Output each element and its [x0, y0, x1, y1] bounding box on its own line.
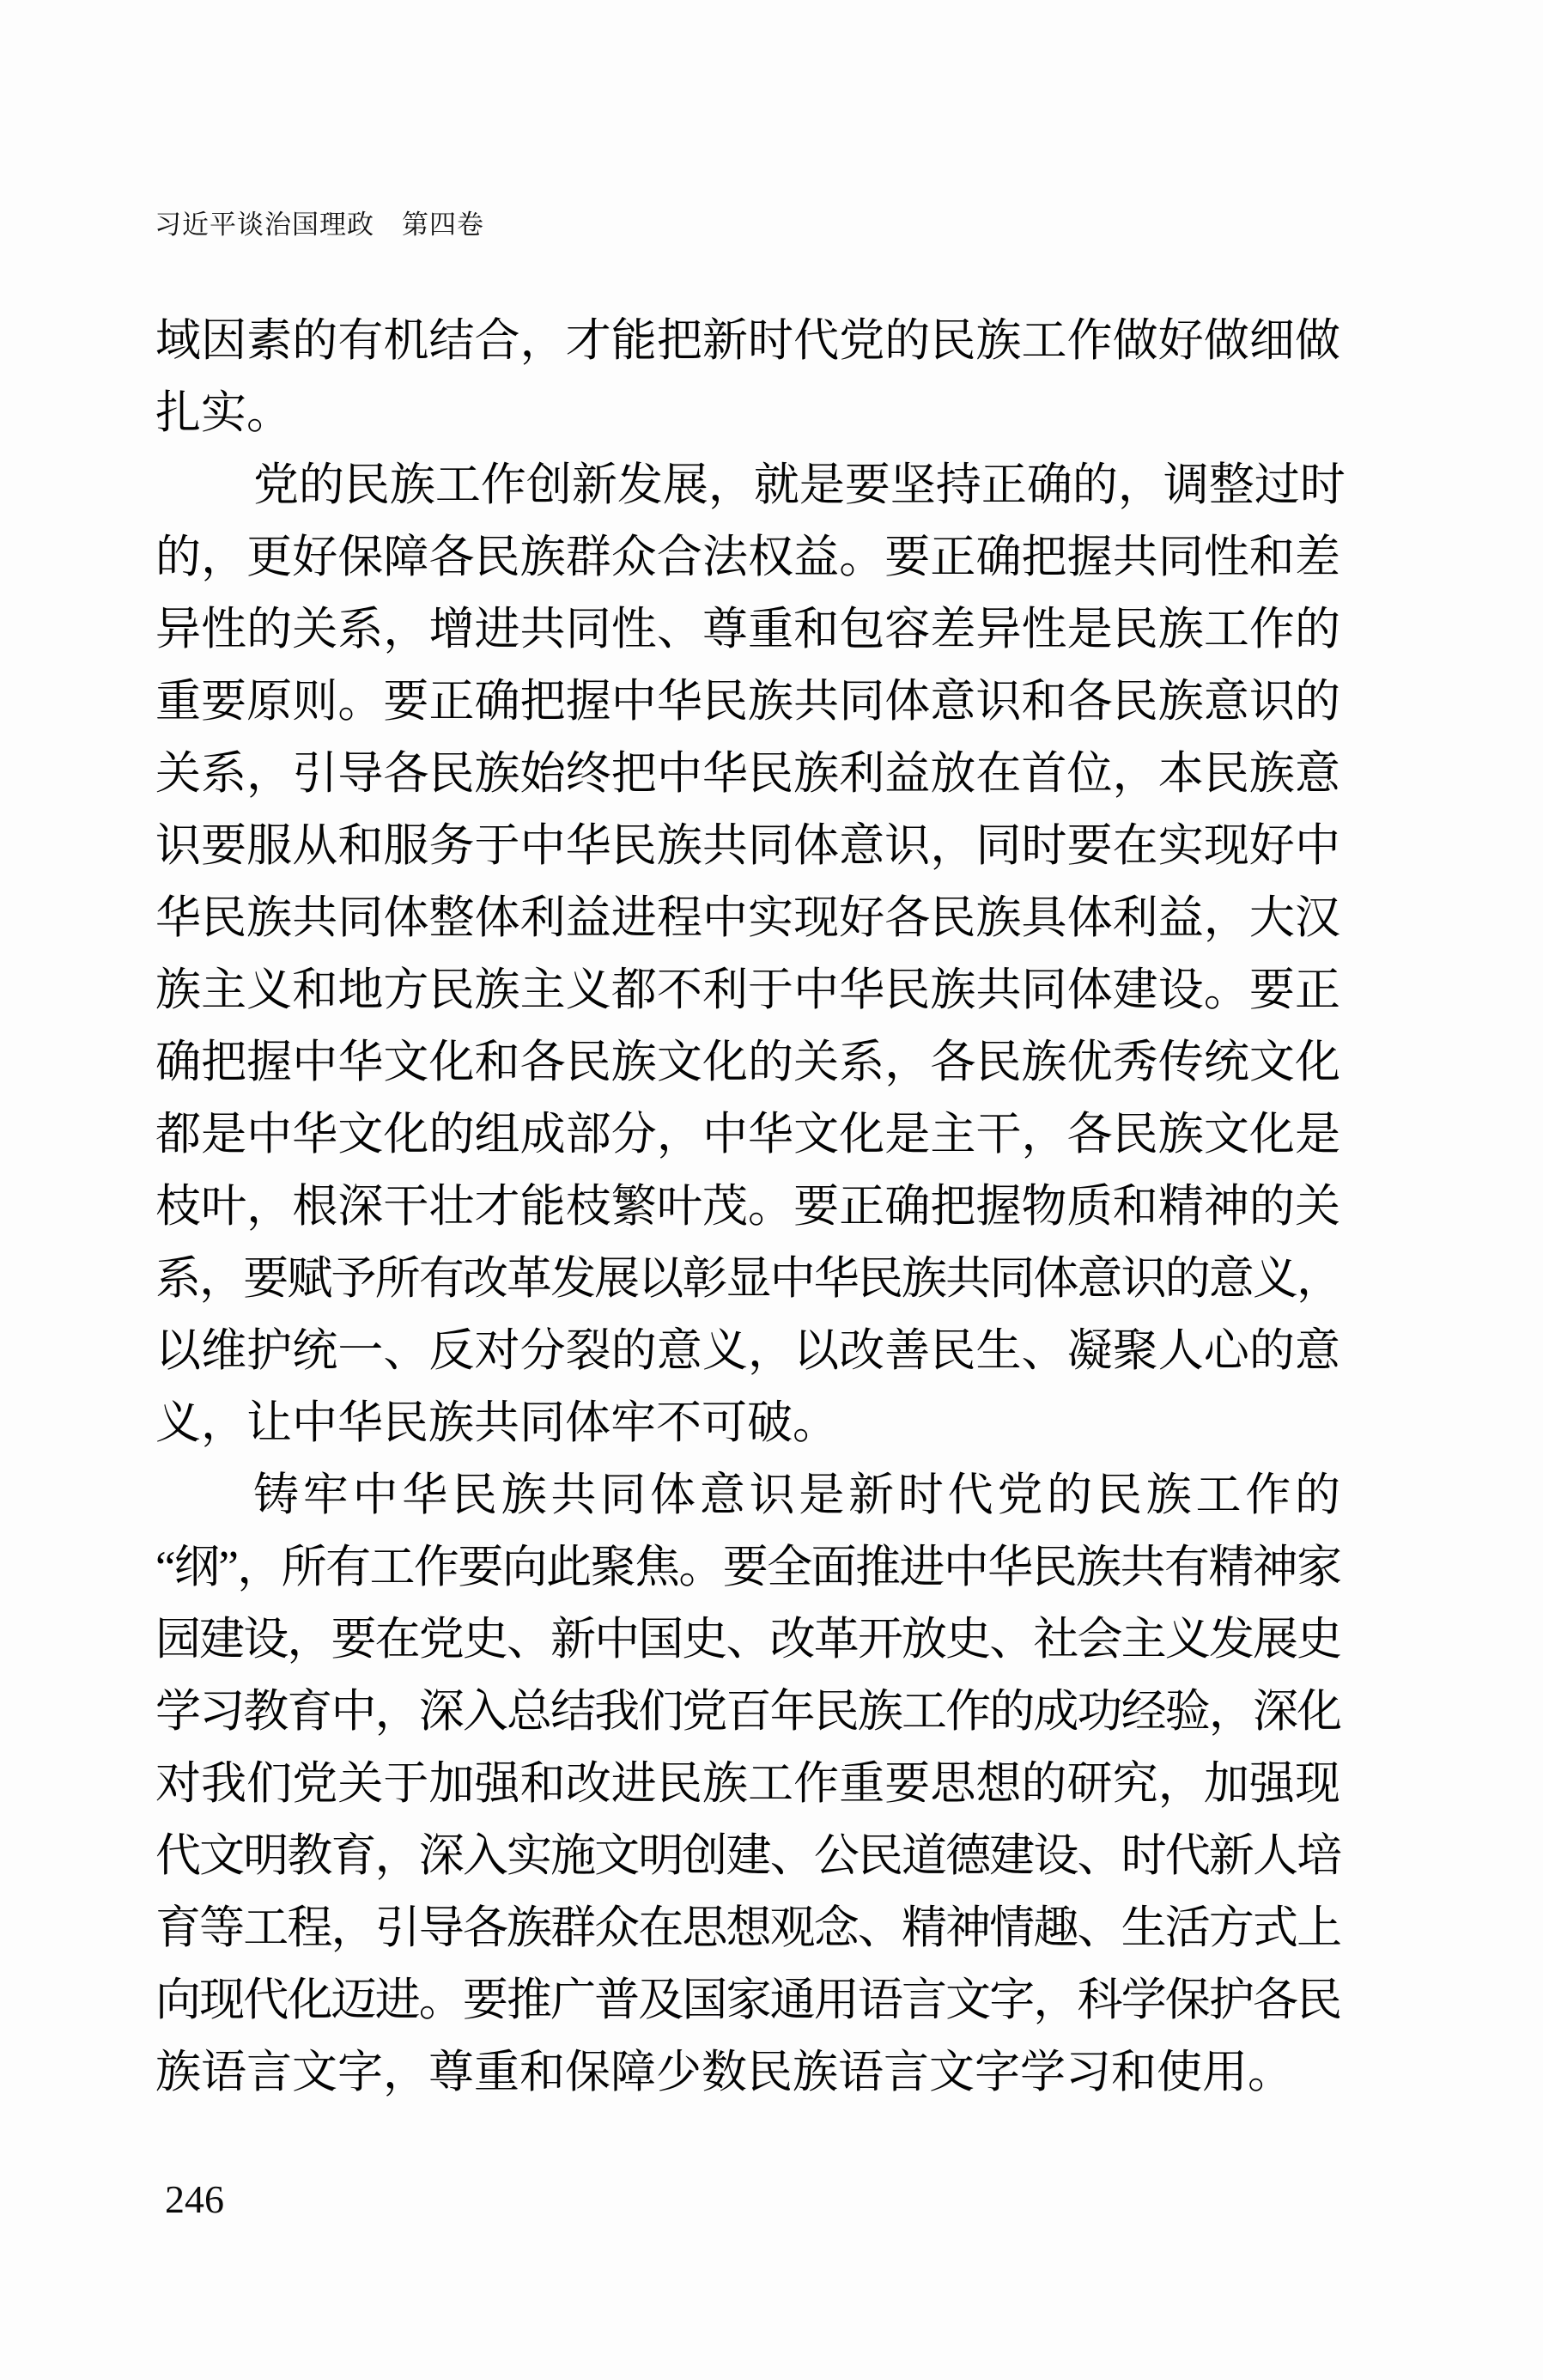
text-line: 域因素的有机结合，才能把新时代党的民族工作做好做细做 [155, 305, 1340, 377]
text-line: 向现代化迈进。要推广普及国家通用语言文字，科学保护各民 [155, 1964, 1340, 2036]
text-line: 以维护统一、反对分裂的意义，以改善民生、凝聚人心的意 [155, 1315, 1340, 1387]
text-line: 族主义和地方民族主义都不利于中华民族共同体建设。要正 [155, 954, 1340, 1026]
text-line: “纲”，所有工作要向此聚焦。要全面推进中华民族共有精神家 [155, 1531, 1340, 1604]
text-line: 的，更好保障各民族群众合法权益。要正确把握共同性和差 [155, 521, 1340, 593]
text-line: 铸牢中华民族共同体意识是新时代党的民族工作的 [155, 1459, 1340, 1531]
text-line: 族语言文字，尊重和保障少数民族语言文字学习和使用。 [155, 2036, 1340, 2109]
text-line: 扎实。 [155, 377, 1340, 449]
text-line: 代文明教育，深入实施文明创建、公民道德建设、时代新人培 [155, 1820, 1340, 1892]
text-line: 都是中华文化的组成部分，中华文化是主干，各民族文化是 [155, 1099, 1340, 1171]
running-head: 习近平谈治国理政 第四卷 [155, 203, 484, 241]
text-line: 确把握中华文化和各民族文化的关系，各民族优秀传统文化 [155, 1026, 1340, 1099]
page-number: 246 [165, 2176, 224, 2222]
paragraph: 党的民族工作创新发展，就是要坚持正确的，调整过时 的，更好保障各民族群众合法权益… [155, 449, 1340, 1459]
text-line: 华民族共同体整体利益进程中实现好各民族具体利益，大汉 [155, 882, 1340, 954]
text-line: 系，要赋予所有改革发展以彰显中华民族共同体意识的意义， [155, 1243, 1340, 1315]
text-line: 枝叶，根深干壮才能枝繁叶茂。要正确把握物质和精神的关 [155, 1171, 1340, 1243]
book-page: 习近平谈治国理政 第四卷 域因素的有机结合，才能把新时代党的民族工作做好做细做 … [0, 0, 1543, 2380]
text-line: 党的民族工作创新发展，就是要坚持正确的，调整过时 [155, 449, 1340, 521]
text-line: 义，让中华民族共同体牢不可破。 [155, 1387, 1340, 1459]
body-text: 域因素的有机结合，才能把新时代党的民族工作做好做细做 扎实。 党的民族工作创新发… [155, 305, 1340, 2109]
paragraph: 域因素的有机结合，才能把新时代党的民族工作做好做细做 扎实。 [155, 305, 1340, 449]
text-line: 育等工程，引导各族群众在思想观念、精神情趣、生活方式上 [155, 1892, 1340, 1964]
text-line: 重要原则。要正确把握中华民族共同体意识和各民族意识的 [155, 666, 1340, 738]
text-line: 关系，引导各民族始终把中华民族利益放在首位，本民族意 [155, 738, 1340, 810]
text-line: 园建设，要在党史、新中国史、改革开放史、社会主义发展史 [155, 1604, 1340, 1676]
text-line: 识要服从和服务于中华民族共同体意识，同时要在实现好中 [155, 810, 1340, 882]
text-line: 异性的关系，增进共同性、尊重和包容差异性是民族工作的 [155, 593, 1340, 666]
text-line: 对我们党关于加强和改进民族工作重要思想的研究，加强现 [155, 1748, 1340, 1820]
text-line: 学习教育中，深入总结我们党百年民族工作的成功经验，深化 [155, 1676, 1340, 1748]
paragraph: 铸牢中华民族共同体意识是新时代党的民族工作的 “纲”，所有工作要向此聚焦。要全面… [155, 1459, 1340, 2109]
